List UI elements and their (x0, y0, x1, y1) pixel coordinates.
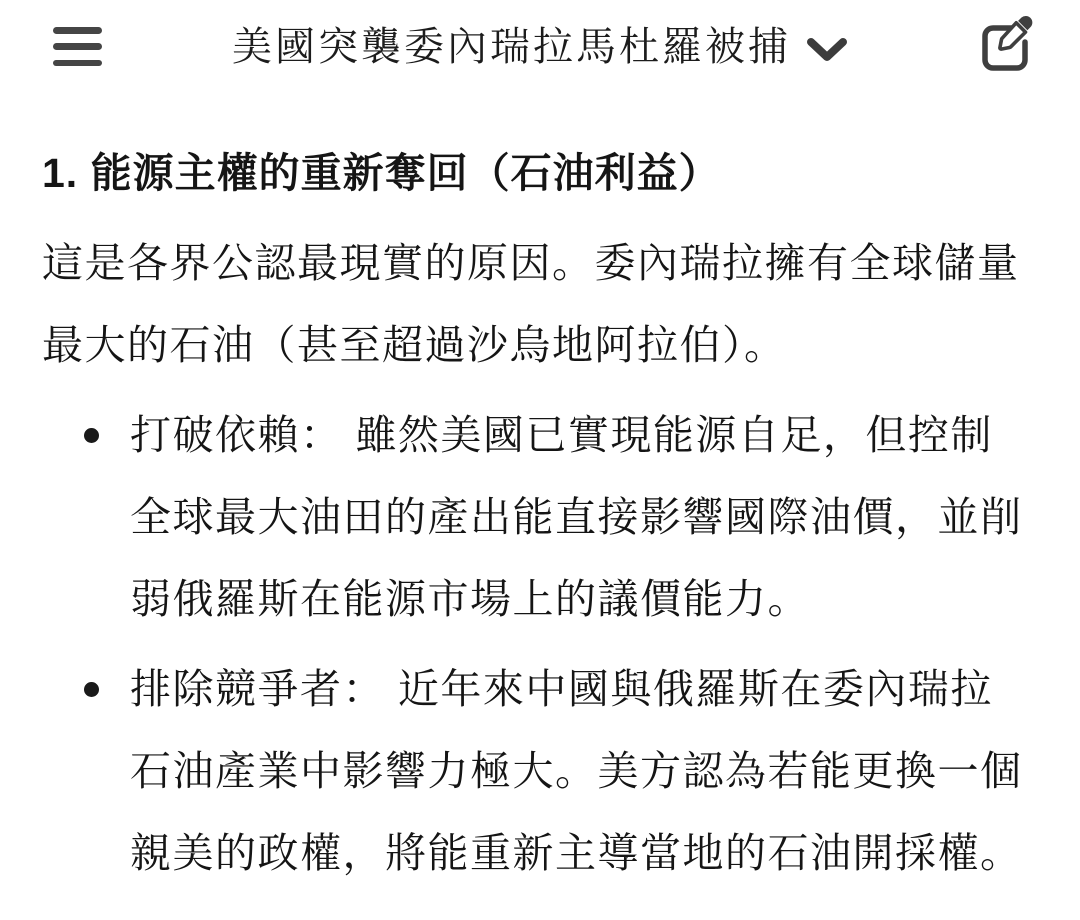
menu-button[interactable] (53, 27, 102, 66)
chevron-down-icon (806, 37, 848, 63)
hamburger-icon (53, 43, 102, 50)
bullet-dot-icon (84, 428, 99, 443)
list-item: 排除競爭者： 近年來中國與俄羅斯在委內瑞拉石油產業中影響力極大。美方認為若能更換… (130, 648, 1040, 894)
compose-icon (976, 10, 1038, 76)
list-item-text: 排除競爭者： 近年來中國與俄羅斯在委內瑞拉石油產業中影響力極大。美方認為若能更換… (130, 666, 1023, 876)
list-item: 打破依賴： 雖然美國已實現能源自足，但控制全球最大油田的產出能直接影響國際油價，… (130, 394, 1040, 640)
new-chat-button[interactable] (976, 10, 1038, 76)
section-heading: 1. 能源主權的重新奪回（石油利益） (42, 148, 1040, 198)
bullet-list: 打破依賴： 雖然美國已實現能源自足，但控制全球最大油田的產出能直接影響國際油價，… (42, 394, 1040, 894)
top-bar: 美國突襲委內瑞拉馬杜羅被捕 (0, 0, 1080, 95)
bullet-dot-icon (84, 682, 99, 697)
conversation-title: 美國突襲委內瑞拉馬杜羅被捕 (232, 0, 791, 95)
intro-paragraph: 這是各界公認最現實的原因。委內瑞拉擁有全球儲量最大的石油（甚至超過沙烏地阿拉伯）… (42, 222, 1040, 386)
hamburger-icon (53, 60, 102, 67)
message-content: 1. 能源主權的重新奪回（石油利益） 這是各界公認最現實的原因。委內瑞拉擁有全球… (0, 148, 1080, 894)
hamburger-icon (53, 27, 102, 34)
list-item-text: 打破依賴： 雖然美國已實現能源自足，但控制全球最大油田的產出能直接影響國際油價，… (130, 412, 1023, 622)
conversation-title-dropdown[interactable]: 美國突襲委內瑞拉馬杜羅被捕 (232, 0, 848, 95)
